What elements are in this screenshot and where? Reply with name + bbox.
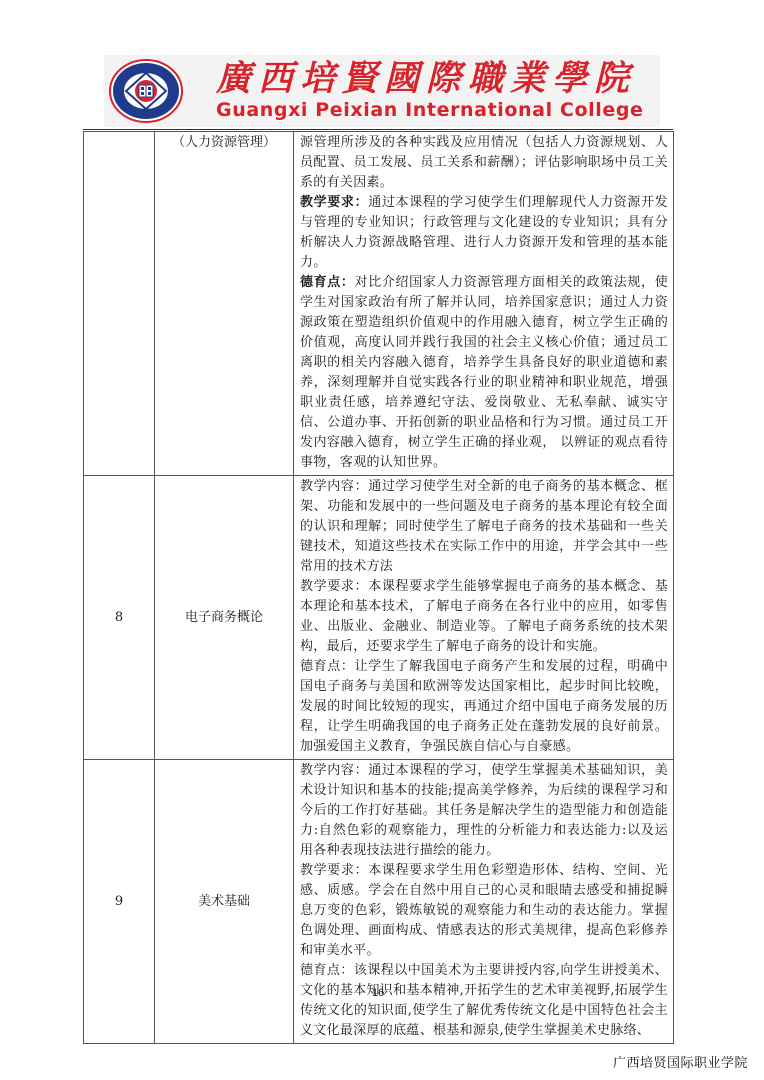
course-number xyxy=(84,132,155,476)
table-row: （人力资源管理） 源管理所涉及的各种实践及应用情况（包括人力资源规划、人员配置、… xyxy=(84,132,674,476)
page-number: 16 xyxy=(372,987,384,999)
course-description: 教学内容：通过学习使学生对全新的电子商务的基本概念、框架、功能和发展中的一些问题… xyxy=(294,476,674,760)
paragraph-label: 德育点： xyxy=(300,275,355,290)
course-description: 教学内容：通过本课程的学习，使学生掌握美术基础知识，美术设计知识和基本的技能;提… xyxy=(294,760,674,1044)
course-name: 美术基础 xyxy=(155,760,294,1044)
table-row: 8 电子商务概论 教学内容：通过学习使学生对全新的电子商务的基本概念、框架、功能… xyxy=(84,476,674,760)
paragraph-text: 对比介绍国家人力资源管理方面相关的政策法规，使学生对国家政治有所了解并认同，培养… xyxy=(300,275,668,470)
description-paragraph: 教学内容：通过学习使学生对全新的电子商务的基本概念、框架、功能和发展中的一些问题… xyxy=(300,477,668,577)
description-paragraph: 教学要求：通过本课程的学习使学生们理解现代人力资源开发与管理的专业知识；行政管理… xyxy=(300,193,668,273)
school-banner: 廣西培賢國際職業學院 Guangxi Peixian International… xyxy=(104,55,660,127)
paragraph-text: 源管理所涉及的各种实践及应用情况（包括人力资源规划、人员配置、员工发展、员工关系… xyxy=(300,135,668,190)
description-paragraph: 德育点：对比介绍国家人力资源管理方面相关的政策法规，使学生对国家政治有所了解并认… xyxy=(300,273,668,473)
header-divider xyxy=(83,129,673,130)
school-emblem-icon xyxy=(108,58,184,124)
description-paragraph: 德育点：该课程以中国美术为主要讲授内容,向学生讲授美术、文化的基本知识和基本精神… xyxy=(300,961,668,1041)
course-number: 9 xyxy=(84,760,155,1044)
footer-organization: 广西培贤国际职业学院 xyxy=(613,1052,748,1071)
school-name-chinese: 廣西培賢國際職業學院 xyxy=(216,59,636,99)
course-description: 源管理所涉及的各种实践及应用情况（包括人力资源规划、人员配置、员工发展、员工关系… xyxy=(294,132,674,476)
paragraph-label: 教学要求： xyxy=(300,195,368,210)
description-paragraph: 教学内容：通过本课程的学习，使学生掌握美术基础知识，美术设计知识和基本的技能;提… xyxy=(300,761,668,861)
school-name-english: Guangxi Peixian International College xyxy=(216,99,644,121)
table-row: 9 美术基础 教学内容：通过本课程的学习，使学生掌握美术基础知识，美术设计知识和… xyxy=(84,760,674,1044)
description-paragraph: 教学要求：本课程要求学生用色彩塑造形体、结构、空间、光感、质感。学会在自然中用自… xyxy=(300,861,668,961)
description-paragraph: 德育点：让学生了解我国电子商务产生和发展的过程，明确中国电子商务与美国和欧洲等发… xyxy=(300,657,668,757)
course-name: （人力资源管理） xyxy=(155,132,294,476)
course-number: 8 xyxy=(84,476,155,760)
course-table: （人力资源管理） 源管理所涉及的各种实践及应用情况（包括人力资源规划、人员配置、… xyxy=(83,131,674,1044)
description-paragraph: 源管理所涉及的各种实践及应用情况（包括人力资源规划、人员配置、员工发展、员工关系… xyxy=(300,133,668,193)
course-name: 电子商务概论 xyxy=(155,476,294,760)
description-paragraph: 教学要求：本课程要求学生能够掌握电子商务的基本概念、基本理论和基本技术，了解电子… xyxy=(300,577,668,657)
